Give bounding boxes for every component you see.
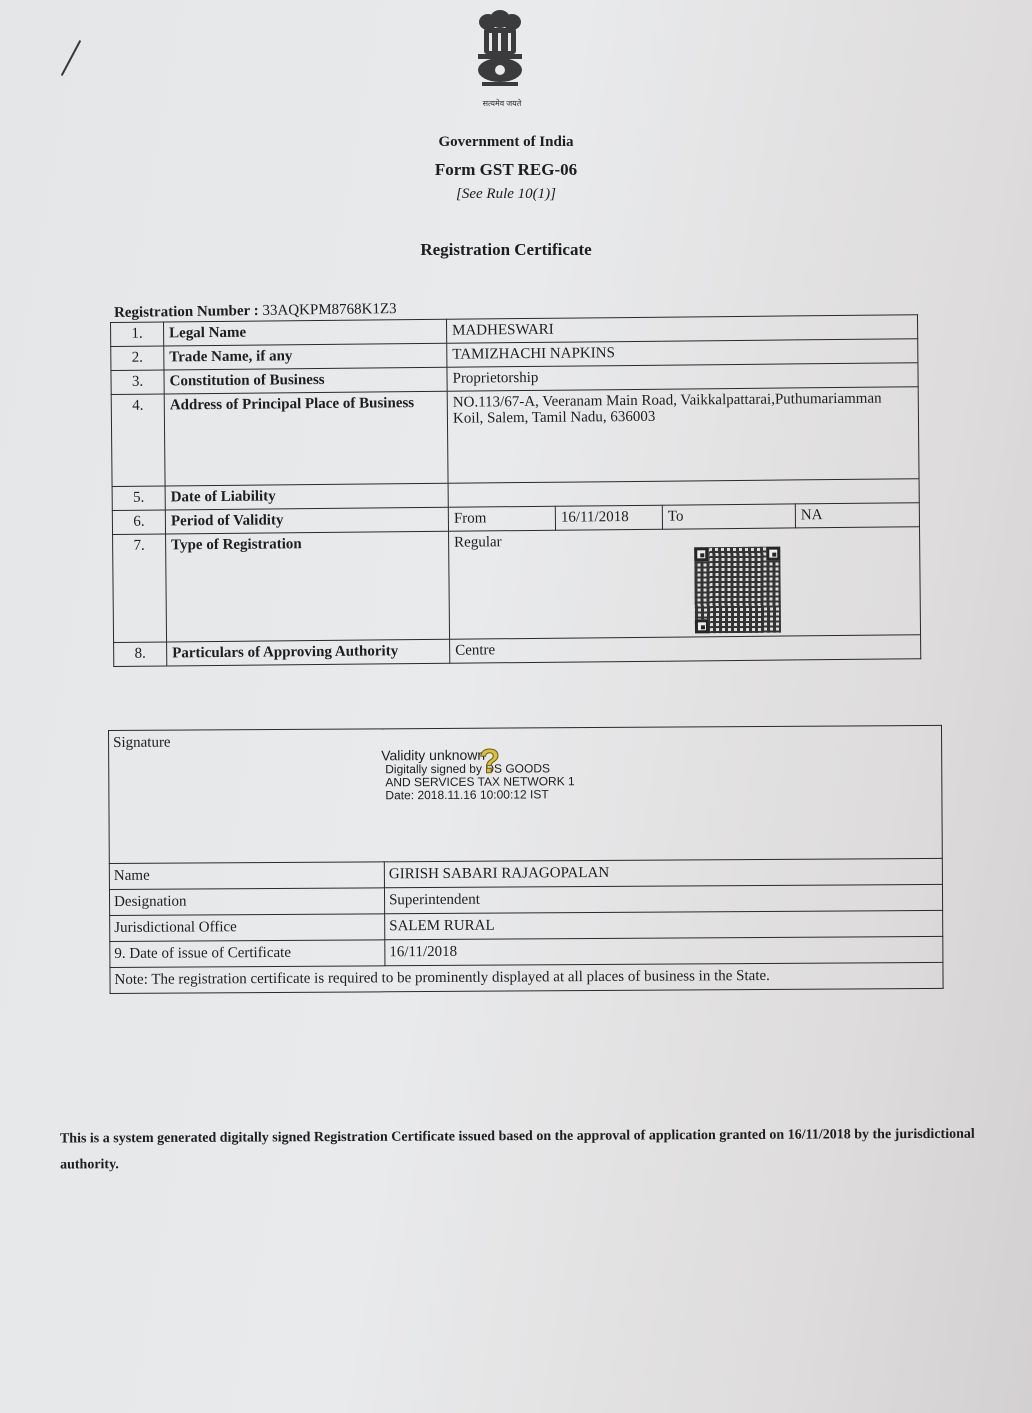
validity-from-value: 16/11/2018 (555, 505, 662, 530)
digital-signature-block[interactable]: Validity unknown ? Digitally signed by D… (381, 746, 575, 802)
row-label: Trade Name, if any (164, 343, 447, 370)
note-text: Note: The registration certificate is re… (110, 962, 943, 993)
table-row: Note: The registration certificate is re… (110, 962, 943, 993)
signature-label: Signature (113, 735, 171, 751)
rule-reference: [See Rule 10(1)] (0, 186, 1012, 203)
officer-name-value: GIRISH SABARI RAJAGOPALAN (384, 858, 942, 887)
issue-date-value: 16/11/2018 (385, 936, 943, 965)
row-label: Particulars of Approving Authority (167, 639, 450, 666)
qr-code-icon (694, 547, 781, 634)
row-number: 8. (114, 642, 167, 667)
row-label: Constitution of Business (164, 367, 447, 394)
registration-type-cell: Regular (449, 527, 921, 640)
question-mark-icon: ? (479, 743, 500, 782)
government-title: Government of India (0, 134, 1012, 151)
approving-authority-value: Centre (450, 635, 921, 664)
table-row: 4. Address of Principal Place of Busines… (111, 387, 919, 487)
table-row: 7. Type of Registration Regular (113, 527, 921, 643)
row-label: Legal Name (164, 319, 447, 346)
officer-label: Name (109, 862, 384, 890)
certificate-page: सत्यमेव जयते Government of India Form GS… (0, 0, 1032, 1413)
national-emblem-icon (472, 8, 528, 98)
pen-mark (61, 40, 82, 76)
officer-label: Designation (109, 888, 384, 916)
form-title: Form GST REG-06 (0, 160, 1012, 180)
footer-text: This is a system generated digitally sig… (60, 1122, 1010, 1179)
validity-to-label: To (662, 504, 795, 529)
row-number: 3. (111, 370, 164, 395)
officer-label: 9. Date of issue of Certificate (110, 940, 385, 968)
page-title: Registration Certificate (0, 240, 1012, 260)
registration-type-value: Regular (454, 534, 502, 550)
address-value: NO.113/67-A, Veeranam Main Road, Vaikkal… (447, 387, 919, 484)
row-number: 2. (111, 346, 164, 371)
signature-cell: Signature Validity unknown ? Digitally s… (109, 725, 943, 863)
details-table-wrapper: 1. Legal Name MADHESWARI 2. Trade Name, … (110, 314, 921, 667)
emblem-motto: सत्यमेव जयते (470, 98, 534, 109)
row-label: Period of Validity (165, 507, 448, 534)
details-table: 1. Legal Name MADHESWARI 2. Trade Name, … (110, 314, 921, 667)
row-label: Date of Liability (165, 483, 448, 510)
validity-to-value: NA (795, 503, 919, 528)
row-label: Address of Principal Place of Business (164, 391, 448, 486)
row-label: Type of Registration (166, 531, 450, 642)
registration-number-value: 33AQKPM8768K1Z3 (262, 301, 396, 319)
signature-date: Date: 2018.11.16 10:00:12 IST (385, 788, 574, 802)
designation-value: Superintendent (384, 884, 942, 913)
row-number: 1. (111, 322, 164, 347)
jurisdictional-office-value: SALEM RURAL (385, 910, 943, 939)
signature-table-wrapper: Signature Validity unknown ? Digitally s… (108, 725, 944, 994)
signature-row: Signature Validity unknown ? Digitally s… (109, 725, 943, 863)
row-number: 6. (112, 510, 165, 535)
validity-from-label: From (448, 506, 555, 531)
row-number: 4. (111, 394, 165, 487)
row-number: 7. (113, 534, 167, 643)
registration-number-label: Registration Number : (114, 303, 259, 321)
row-number: 5. (112, 486, 165, 511)
officer-label: Jurisdictional Office (110, 914, 385, 942)
signature-table: Signature Validity unknown ? Digitally s… (108, 725, 944, 994)
